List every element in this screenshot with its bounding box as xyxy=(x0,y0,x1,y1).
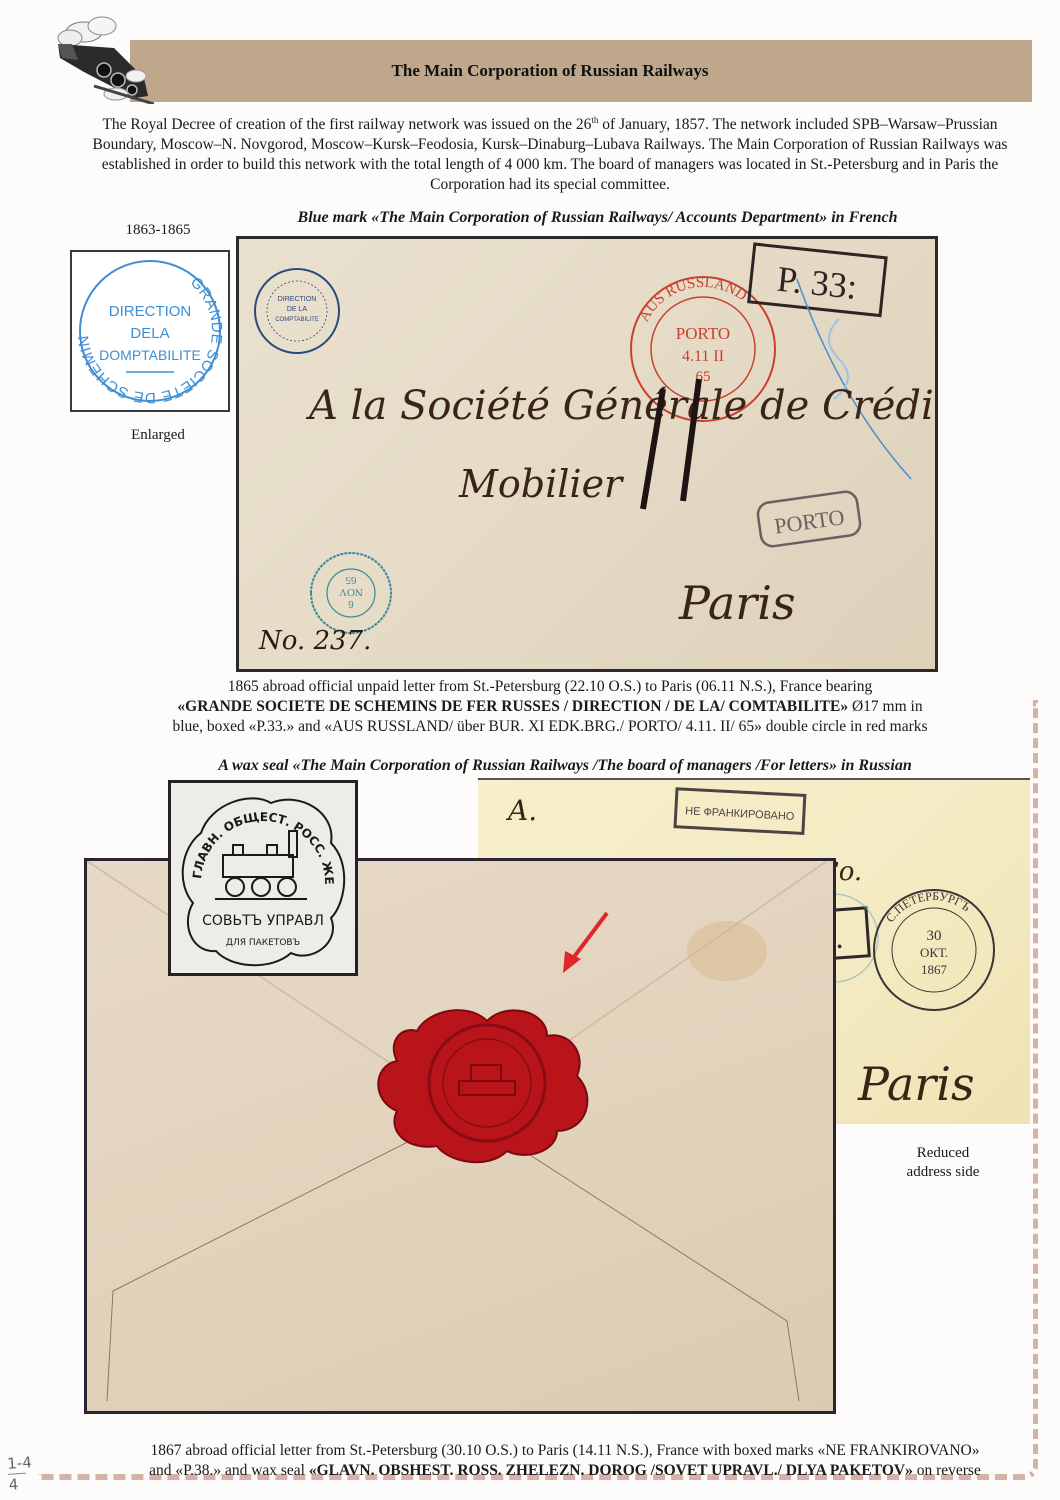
svg-text:4.11 II: 4.11 II xyxy=(682,348,724,365)
cover-1865: DIRECTION DE LA COMPTABILITE AUS RUSSLAN… xyxy=(236,236,938,672)
svg-text:1867: 1867 xyxy=(921,962,948,977)
svg-text:Mobilier: Mobilier xyxy=(458,462,625,506)
boxed-ne-frankirovano-mark-icon: НЕ ФРАНКИРОВАНО xyxy=(675,789,805,834)
svg-text:Paris: Paris xyxy=(857,1057,975,1111)
boxed-p33-mark-icon: P. 33: xyxy=(749,244,886,315)
section2-heading: A wax seal «The Main Corporation of Russ… xyxy=(100,757,1030,775)
reduced-address-side-label: Reduced address side xyxy=(880,1144,1006,1182)
svg-text:НЕ ФРАНКИРОВАНО: НЕ ФРАНКИРОВАНО xyxy=(685,805,795,823)
svg-text:PORTO: PORTO xyxy=(773,504,846,539)
svg-text:P. 33:: P. 33: xyxy=(775,259,859,307)
svg-text:СОВЬТЪ УПРАВЛ: СОВЬТЪ УПРАВЛ xyxy=(202,913,324,929)
svg-text:A.: A. xyxy=(505,794,537,827)
svg-text:PORTO: PORTO xyxy=(676,324,730,343)
caption-1865-cover: 1865 abroad official unpaid letter from … xyxy=(100,677,1000,737)
svg-text:ДЛЯ ПАКЕТОВЪ: ДЛЯ ПАКЕТОВЪ xyxy=(226,938,300,948)
svg-text:DELA: DELA xyxy=(130,325,169,342)
svg-text:COMPTABILITE: COMPTABILITE xyxy=(275,317,319,323)
section1-heading: Blue mark «The Main Corporation of Russi… xyxy=(240,209,955,227)
svg-text:С.ПЕТЕРБУРГЪ: С.ПЕТЕРБУРГЪ xyxy=(883,889,974,925)
date-range-label: 1863-1865 xyxy=(70,222,246,239)
steam-locomotive-icon xyxy=(44,14,154,104)
enlarged-blue-mark: GRANDE SOCIETE DE SCHEMINS DE FER RUSSES… xyxy=(70,250,230,412)
svg-text:6: 6 xyxy=(348,598,354,610)
svg-text:DIRECTION: DIRECTION xyxy=(109,303,192,320)
svg-text:NOV: NOV xyxy=(339,586,363,598)
wax-seal-drawing: ГЛАВН. ОБЩЕСТ. РОСС. ЖЕЛЬЗН. ДОРОГЪ СОВЬ… xyxy=(168,780,358,976)
svg-text:Paris: Paris xyxy=(678,576,796,630)
svg-text:30: 30 xyxy=(927,928,942,944)
small-blue-mark-icon: DIRECTION DE LA COMPTABILITE xyxy=(255,269,339,353)
wax-seal-icon xyxy=(378,1010,587,1162)
svg-text:No. 237.: No. 237. xyxy=(258,626,371,656)
svg-text:AUS RUSSLAND: AUS RUSSLAND xyxy=(636,275,749,325)
page-title: The Main Corporation of Russian Railways xyxy=(130,40,970,102)
locomotive-icon xyxy=(215,831,307,899)
intro-paragraph: The Royal Decree of creation of the firs… xyxy=(70,110,1030,195)
st-petersburg-postmark-icon: С.ПЕТЕРБУРГЪ 30 ОКТ. 1867 xyxy=(874,889,994,1010)
red-arrow-icon xyxy=(563,913,607,973)
svg-text:DOMPTABILITE: DOMPTABILITE xyxy=(99,347,201,363)
svg-text:ОКТ.: ОКТ. xyxy=(920,945,948,960)
pencil-page-number: 1-4 4 xyxy=(7,1454,34,1493)
enlarged-label: Enlarged xyxy=(70,427,246,444)
caption-1867-cover: 1867 abroad official letter from St.-Pet… xyxy=(100,1441,1030,1481)
svg-text:DE LA: DE LA xyxy=(287,306,308,313)
boxed-porto-mark-icon: PORTO xyxy=(756,490,861,547)
teal-prusse-erquelines-postmark-icon: 6 NOV 65 xyxy=(311,553,391,633)
svg-text:A la Société Générale de Crédi: A la Société Générale de Crédit xyxy=(305,383,935,429)
svg-text:DIRECTION: DIRECTION xyxy=(278,296,317,303)
blue-circular-mark-icon: GRANDE SOCIETE DE SCHEMINS DE FER RUSSES… xyxy=(72,252,228,410)
svg-text:65: 65 xyxy=(345,574,357,586)
